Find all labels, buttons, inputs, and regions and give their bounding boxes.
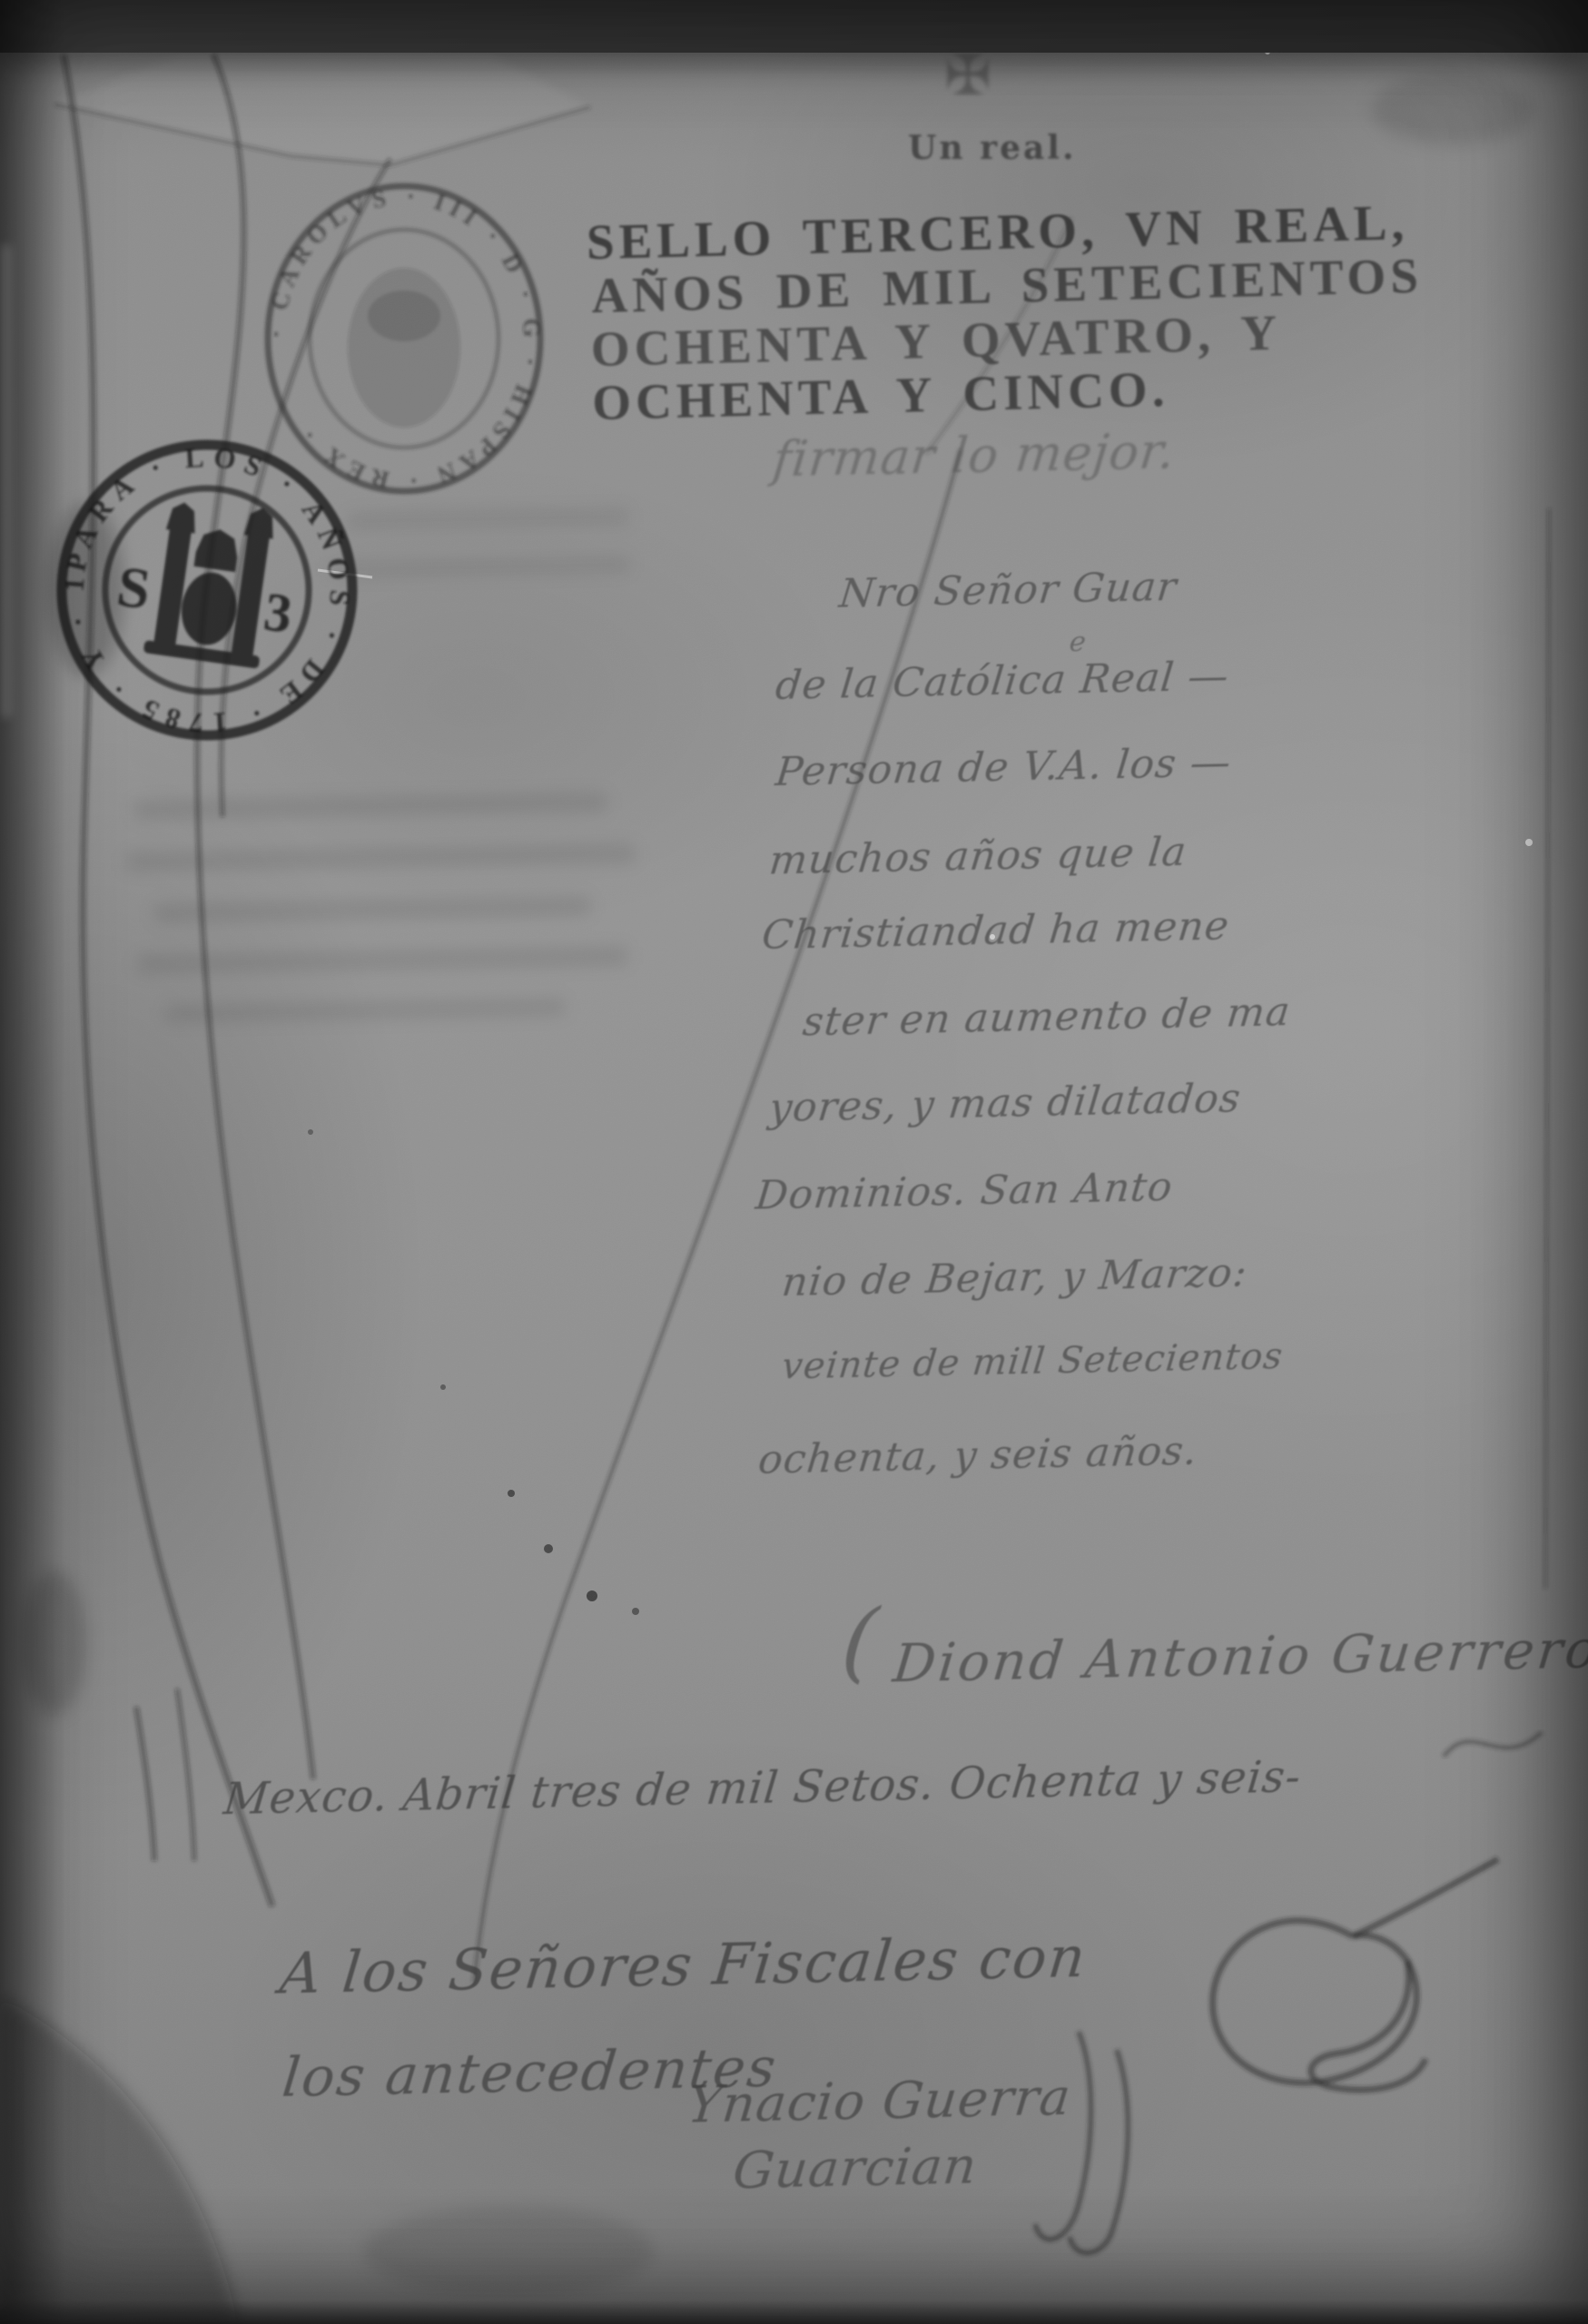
body-line-4: muchos años que la [767,829,1189,884]
secretary-signature-line-2: Guarcian [730,2136,980,2201]
manuscript-page: ✠ Un real. SELLO TERCERO, VN REAL, AÑOS … [0,0,1588,2324]
blessing-cross-icon: ✠ [944,42,991,108]
sello-tercero-letterpress: SELLO TERCERO, VN REAL, AÑOS DE MIL SETE… [586,195,1425,429]
denomination-label: Un real. [908,129,1077,167]
body-line-8: Dominios. San Anto [754,1164,1175,1219]
scan-bottom-border [0,2300,1588,2324]
habilitacion-letter-s: S [113,554,154,622]
body-line-1-superscript: e [1068,626,1088,658]
secretary-signature-line-1: Ynacio Guerra [685,2068,1074,2135]
body-line-11: ochenta, y seis años. [756,1428,1200,1483]
body-line-2: de la Católica Real — [774,654,1231,709]
body-line-3: Persona de V.A. los — [774,740,1234,795]
margin-scribble [1435,1707,1553,1788]
habilitacion-pillars-arms [143,495,281,669]
body-line-1: Nro Señor Guar [837,564,1179,617]
body-line-5: Christiandad ha mene [760,903,1232,960]
scan-top-border [0,0,1588,53]
habilitacion-stamp: PARA · LOS · AÑOS · DE · 1785 · Y · 1786… [47,419,367,761]
secretary-rubric [1024,2023,1179,2268]
approval-note: firmar lo mejor. [770,422,1178,487]
habilitacion-numeral-3: 3 [261,581,296,645]
rubric-flourish [1198,1841,1507,2113]
body-line-9: nio de Bejar, y Marzo: [780,1250,1250,1306]
page-edge-highlight [0,245,12,717]
